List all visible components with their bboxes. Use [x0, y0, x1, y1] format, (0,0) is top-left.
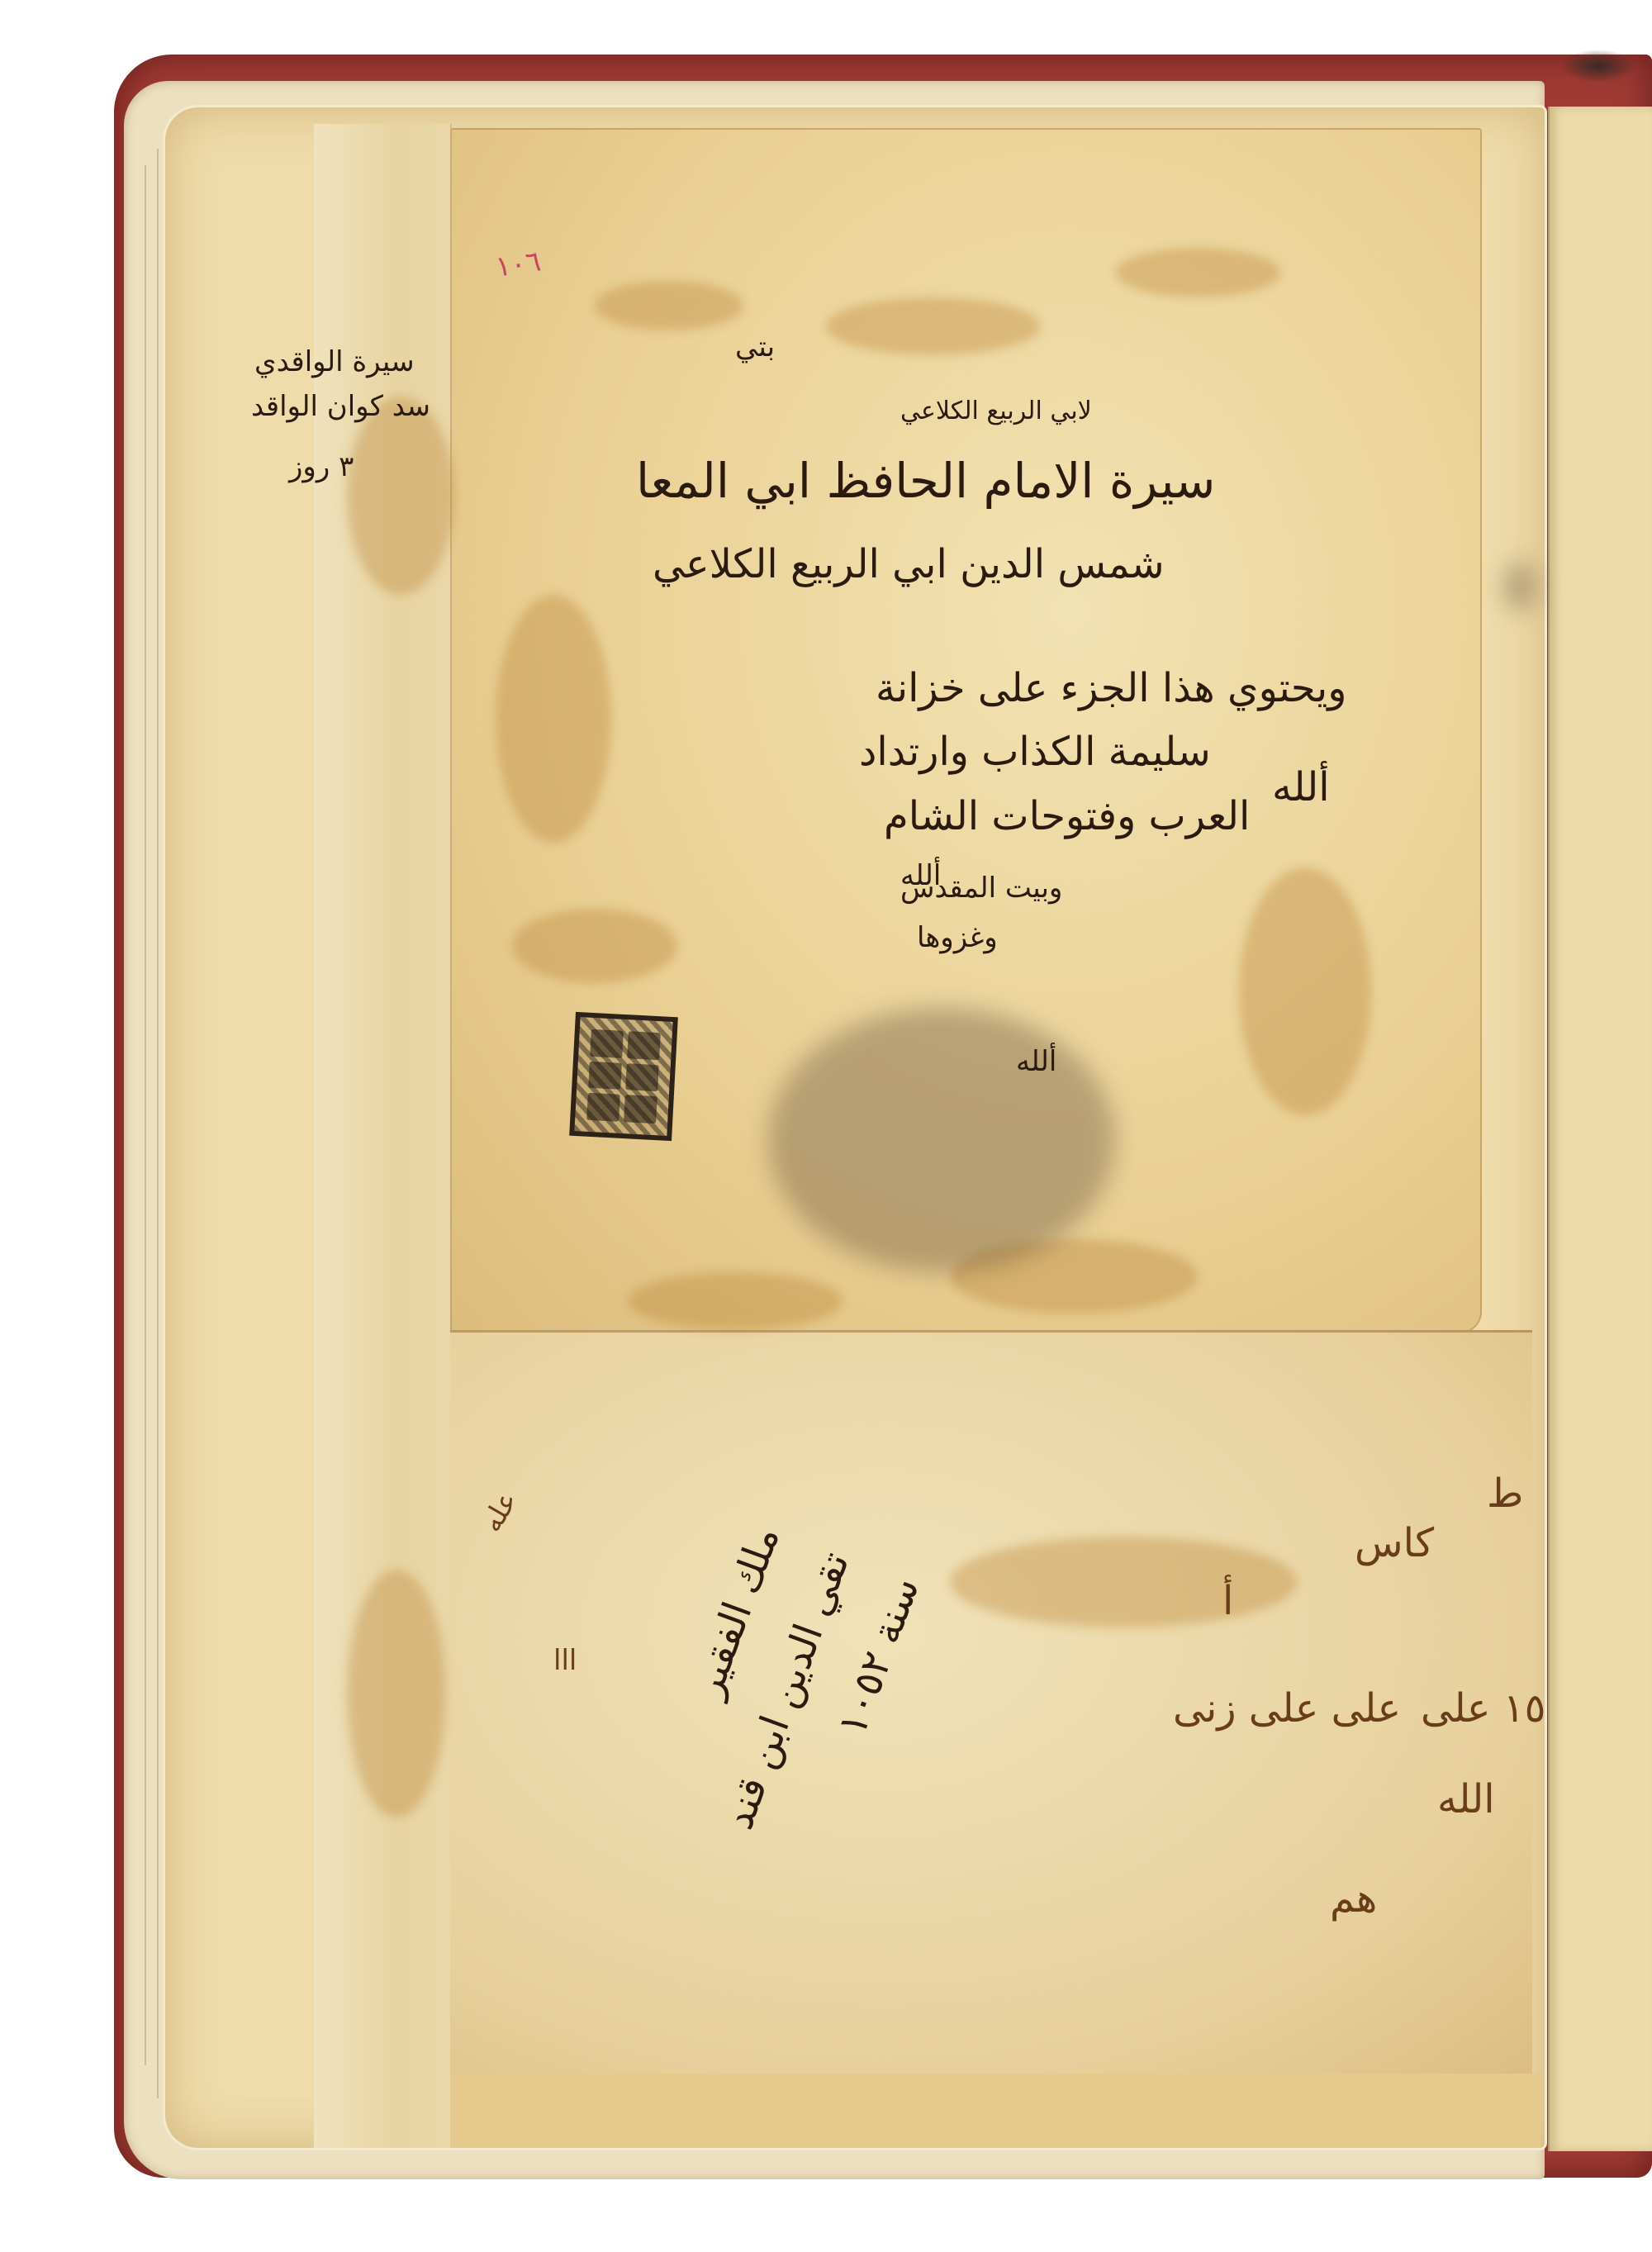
invocation-allah-left: ألله [900, 859, 941, 892]
contents-line-5: وغزوها [917, 921, 998, 954]
lower-note-allah: الله [1437, 1776, 1495, 1822]
contents-line-3: العرب وفتوحات الشام [884, 793, 1250, 839]
water-stain [1115, 248, 1280, 297]
dark-spot [1503, 562, 1536, 611]
margin-note-line-1: سيرة الواقدي [254, 345, 415, 378]
margin-note-line-3: ٣ روز [289, 450, 354, 483]
margin-note-line-2: سد كوان الواقد [251, 390, 430, 423]
water-stain [347, 1570, 446, 1817]
binding-wear-spot [1561, 50, 1635, 83]
water-stain [826, 297, 1041, 355]
page-edge-line [157, 149, 159, 2098]
bottom-repair-strip [450, 2074, 1540, 2148]
contents-line-2: سليمة الكذاب وارتداد [859, 729, 1211, 775]
lower-note-ala: على على زنى [1173, 1685, 1401, 1732]
dark-smudge [768, 1008, 1115, 1272]
invocation-allah-center: ألله [1016, 1045, 1056, 1078]
page-edge-line [145, 165, 146, 2065]
water-stain [347, 397, 454, 595]
contents-line-1: ويحتوي هذا الجزء على خزانة [876, 665, 1346, 711]
lower-note-hm: هم [1330, 1875, 1377, 1922]
water-stain [1239, 867, 1371, 1115]
water-stain [628, 1272, 843, 1330]
top-small-ink-mark: بتي [735, 330, 775, 363]
title-subtitle-line: شمس الدين ابي الربيع الكلاعي [653, 541, 1165, 587]
lower-note-alif: أ [1222, 1578, 1233, 1624]
facing-page [1548, 107, 1652, 2151]
ownership-seal-stamp [569, 1012, 678, 1141]
red-folio-mark: ١٠٦ [493, 245, 543, 283]
title-main-line: سيرة الامام الحافظ ابي المعا [636, 453, 1215, 509]
lower-note-15: ١٥ على [1421, 1685, 1545, 1732]
lower-note-ta: ط [1487, 1470, 1523, 1517]
water-stain [496, 595, 611, 843]
title-author-line: لابي الربيع الكلاعي [900, 397, 1092, 425]
seal-inscription-icon [586, 1029, 661, 1124]
water-stain [595, 281, 743, 330]
invocation-allah-right: ألله [1272, 764, 1330, 810]
lower-note-kas: كاس [1355, 1520, 1434, 1566]
lower-left-scribble: ااا [553, 1644, 577, 1677]
water-stain [512, 909, 677, 983]
